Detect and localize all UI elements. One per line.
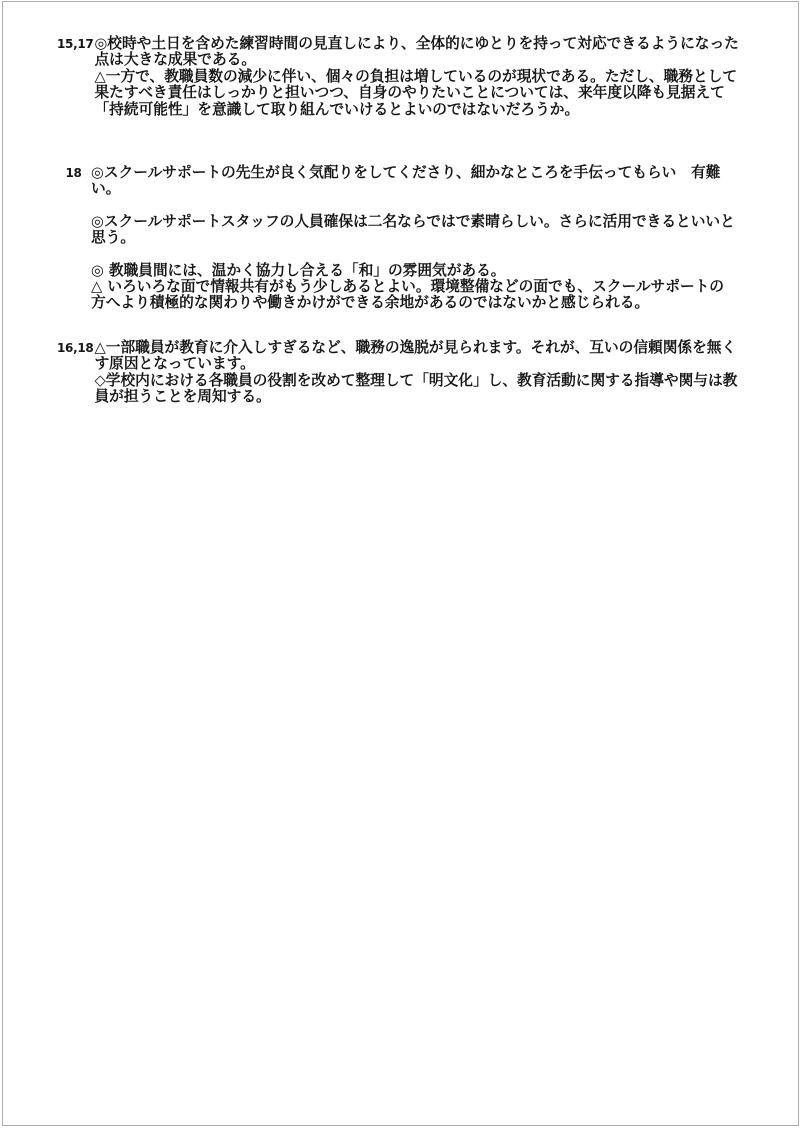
comment-section: 15,17◎校時や土日を含めた練習時間の見直しにより、全体的にゆとりを持って対応… — [3, 36, 798, 118]
text-line: ◎校時や土日を含めた練習時間の見直しにより、全体的にゆとりを持って対応できるよう… — [94, 36, 762, 52]
text-line: 方へより積極的な関わりや働きかけができる余地があるのではないかと感じられる。 — [91, 295, 759, 311]
sections-container: 15,17◎校時や土日を含めた練習時間の見直しにより、全体的にゆとりを持って対応… — [3, 2, 798, 406]
comment-section: 16,18△一部職員が教育に介入しすぎるなど、職務の逸脱が見られます。それが、互… — [3, 340, 798, 406]
text-line: 思う。 — [91, 230, 759, 246]
text-line: ◎スクールサポートスタッフの人員確保は二名ならではで素晴らしい。さらに活用できる… — [91, 214, 759, 230]
comment-section: 18◎スクールサポートの先生が良く気配りをしてくださり、細かなところを手伝っても… — [3, 165, 798, 312]
text-line: △一方で、教職員数の減少に伴い、個々の負担は増しているのが現状である。ただし、職… — [94, 69, 762, 85]
section-number: 15,17 — [57, 36, 93, 52]
text-line: ◎ 教職員間には、温かく協力し合える「和」の雰囲気がある。 — [91, 263, 759, 279]
section-body: ◎スクールサポートの先生が良く気配りをしてくださり、細かなところを手伝ってもらい… — [91, 165, 759, 312]
paragraph: ◎ 教職員間には、温かく協力し合える「和」の雰囲気がある。△ いろいろな面で情報… — [91, 263, 759, 312]
paragraph: ◎校時や土日を含めた練習時間の見直しにより、全体的にゆとりを持って対応できるよう… — [94, 36, 762, 118]
text-line: 員が担うことを周知する。 — [94, 389, 762, 405]
text-line: △ いろいろな面で情報共有がもう少しあるとよい。環境整備などの面でも、スクールサ… — [91, 279, 759, 295]
section-body: ◎校時や土日を含めた練習時間の見直しにより、全体的にゆとりを持って対応できるよう… — [94, 36, 762, 118]
document-page: 15,17◎校時や土日を含めた練習時間の見直しにより、全体的にゆとりを持って対応… — [2, 1, 799, 1126]
section-number: 16,18 — [57, 340, 93, 356]
text-line: △一部職員が教育に介入しすぎるなど、職務の逸脱が見られます。それが、互いの信頼関… — [94, 340, 762, 356]
text-line: す原因となっています。 — [94, 356, 762, 372]
text-line: ◎スクールサポートの先生が良く気配りをしてくださり、細かなところを手伝ってもらい… — [91, 165, 759, 181]
paragraph: ◎スクールサポートスタッフの人員確保は二名ならではで素晴らしい。さらに活用できる… — [91, 214, 759, 247]
text-line: ◇学校内における各職員の役割を改めて整理して「明文化」し、教育活動に関する指導や… — [94, 373, 762, 389]
paragraph: △一部職員が教育に介入しすぎるなど、職務の逸脱が見られます。それが、互いの信頼関… — [94, 340, 762, 406]
text-line: 点は大きな成果である。 — [94, 52, 762, 68]
section-body: △一部職員が教育に介入しすぎるなど、職務の逸脱が見られます。それが、互いの信頼関… — [94, 340, 762, 406]
paragraph: ◎スクールサポートの先生が良く気配りをしてくださり、細かなところを手伝ってもらい… — [91, 165, 759, 198]
text-line: 果たすべき責任はしっかりと担いつつ、自身のやりたいことについては、来年度以降も見… — [94, 85, 762, 101]
text-line: い。 — [91, 181, 759, 197]
section-number: 18 — [57, 165, 90, 181]
text-line: 「持続可能性」を意識して取り組んでいけるとよいのではないだろうか。 — [94, 102, 762, 118]
